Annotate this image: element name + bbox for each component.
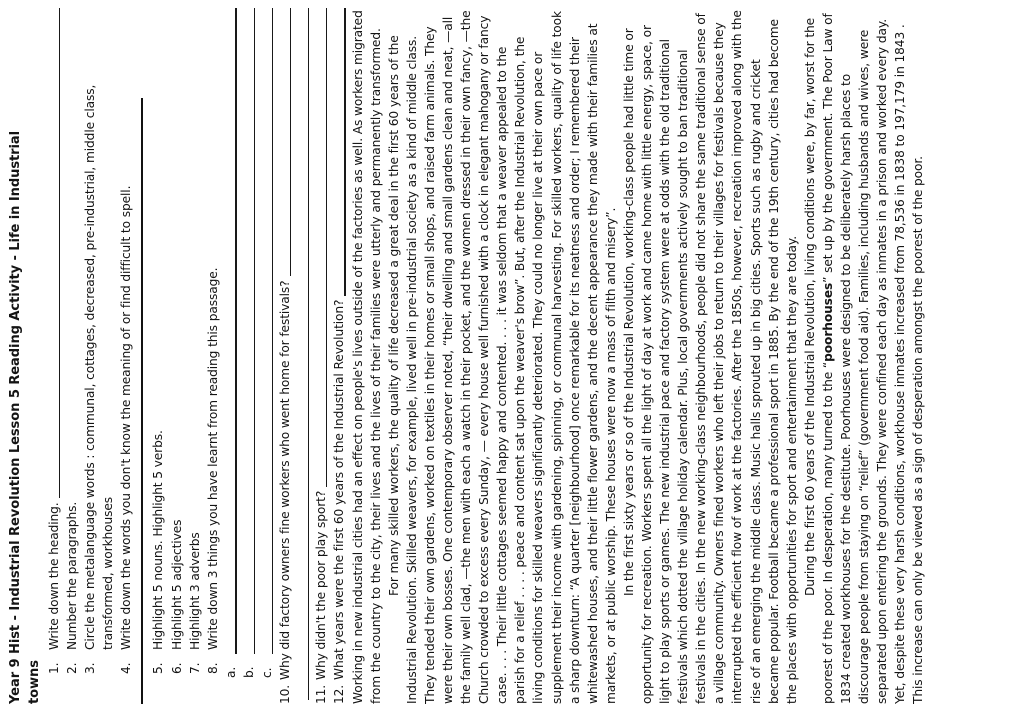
instruction-item-2: 2. Number the paragraphs. — [63, 8, 81, 704]
answer-blank-a: a. — [222, 8, 240, 704]
answer-underline — [272, 8, 274, 654]
item-number: 5. — [149, 650, 167, 674]
instruction-item-3: 3. Circle the metalanguage words : commu… — [81, 8, 117, 704]
passage-paragraph-3: In the first sixty years or so of the In… — [620, 8, 801, 704]
item-letter: a. — [222, 658, 240, 678]
bold-term-poorhouses: poorhouses — [821, 283, 835, 362]
item-number: 4. — [117, 650, 135, 674]
item-text: Write down the words you don't know the … — [117, 8, 135, 650]
reading-passage: Working in new industrial cities had an … — [349, 8, 928, 704]
item-number: 6. — [168, 650, 186, 674]
question-text: Why did factory owners fine workers who … — [276, 280, 294, 680]
item-number: 11. — [312, 680, 330, 704]
item-text: Highlight 5 nouns. Highlight 5 verbs. — [149, 8, 167, 650]
question-text: What years were the first 60 years of th… — [330, 300, 348, 680]
worksheet-title-line2: towns — [25, 8, 44, 704]
instruction-item-7: 7. Highlight 3 adverbs — [186, 8, 204, 704]
item-number: 7. — [186, 650, 204, 674]
item-number: 8. — [204, 650, 222, 674]
item-number: 3. — [81, 650, 117, 674]
question-10-answer-line — [294, 8, 312, 704]
instruction-item-5: 5. Highlight 5 nouns. Highlight 5 verbs. — [149, 8, 167, 704]
item-letter: c. — [258, 658, 276, 678]
answer-blank-c: c. — [258, 8, 276, 704]
item-text: Circle the metalanguage words : communal… — [81, 8, 117, 650]
item-number: 10. — [276, 680, 294, 704]
instruction-item-4: 4. Write down the words you don't know t… — [117, 8, 135, 704]
answer-underline — [254, 8, 256, 654]
item-letter: b. — [240, 658, 258, 678]
worksheet-page: Year 9 Hist - Industrial Revolution Less… — [0, 0, 1024, 709]
item-text: Write down the heading. — [45, 502, 63, 650]
answer-underline — [59, 8, 61, 498]
question-text: Why didn't the poor play sport? — [312, 491, 330, 680]
answer-underline — [235, 8, 237, 654]
instructions-section-top: 1. Write down the heading. 2. Number the… — [45, 8, 135, 704]
item-number: 1. — [45, 650, 63, 674]
scanned-worksheet-image: Year 9 Hist - Industrial Revolution Less… — [0, 0, 1024, 709]
item-text: Highlight 3 adverbs — [186, 8, 204, 650]
worksheet-title-line1: Year 9 Hist - Industrial Revolution Less… — [6, 8, 25, 704]
question-11: 11. Why didn't the poor play sport? — [312, 8, 330, 704]
item-number: 2. — [63, 650, 81, 674]
item-number: 12. — [330, 680, 348, 704]
instruction-item-1: 1. Write down the heading. — [45, 8, 63, 704]
instructions-section-mid: 5. Highlight 5 nouns. Highlight 5 verbs.… — [149, 8, 348, 704]
instruction-item-8: 8. Write down 3 things you have learnt f… — [204, 8, 222, 704]
answer-blank-b: b. — [240, 8, 258, 704]
answer-underline — [290, 8, 292, 276]
item-text: Write down 3 things you have learnt from… — [204, 8, 222, 650]
passage-paragraph-2: For many skilled workers, the quality of… — [385, 8, 620, 704]
answer-underline — [344, 8, 346, 296]
item-text: Number the paragraphs. — [63, 8, 81, 650]
answer-underline — [326, 8, 328, 487]
worksheet-title: Year 9 Hist - Industrial Revolution Less… — [6, 8, 44, 704]
question-10: 10. Why did factory owners fine workers … — [276, 8, 294, 704]
passage-paragraph-4: During the first 60 years of the Industr… — [801, 8, 928, 704]
item-text: Highlight 5 adjectives — [168, 8, 186, 650]
answer-underline — [308, 8, 310, 700]
passage-paragraph-1: Working in new industrial cities had an … — [349, 8, 385, 704]
instruction-item-6: 6. Highlight 5 adjectives — [168, 8, 186, 704]
section-divider — [141, 98, 143, 704]
paragraph-text-after-bold: ” set up by the government. The Poor Law… — [821, 13, 925, 704]
question-12: 12. What years were the first 60 years o… — [330, 8, 348, 704]
